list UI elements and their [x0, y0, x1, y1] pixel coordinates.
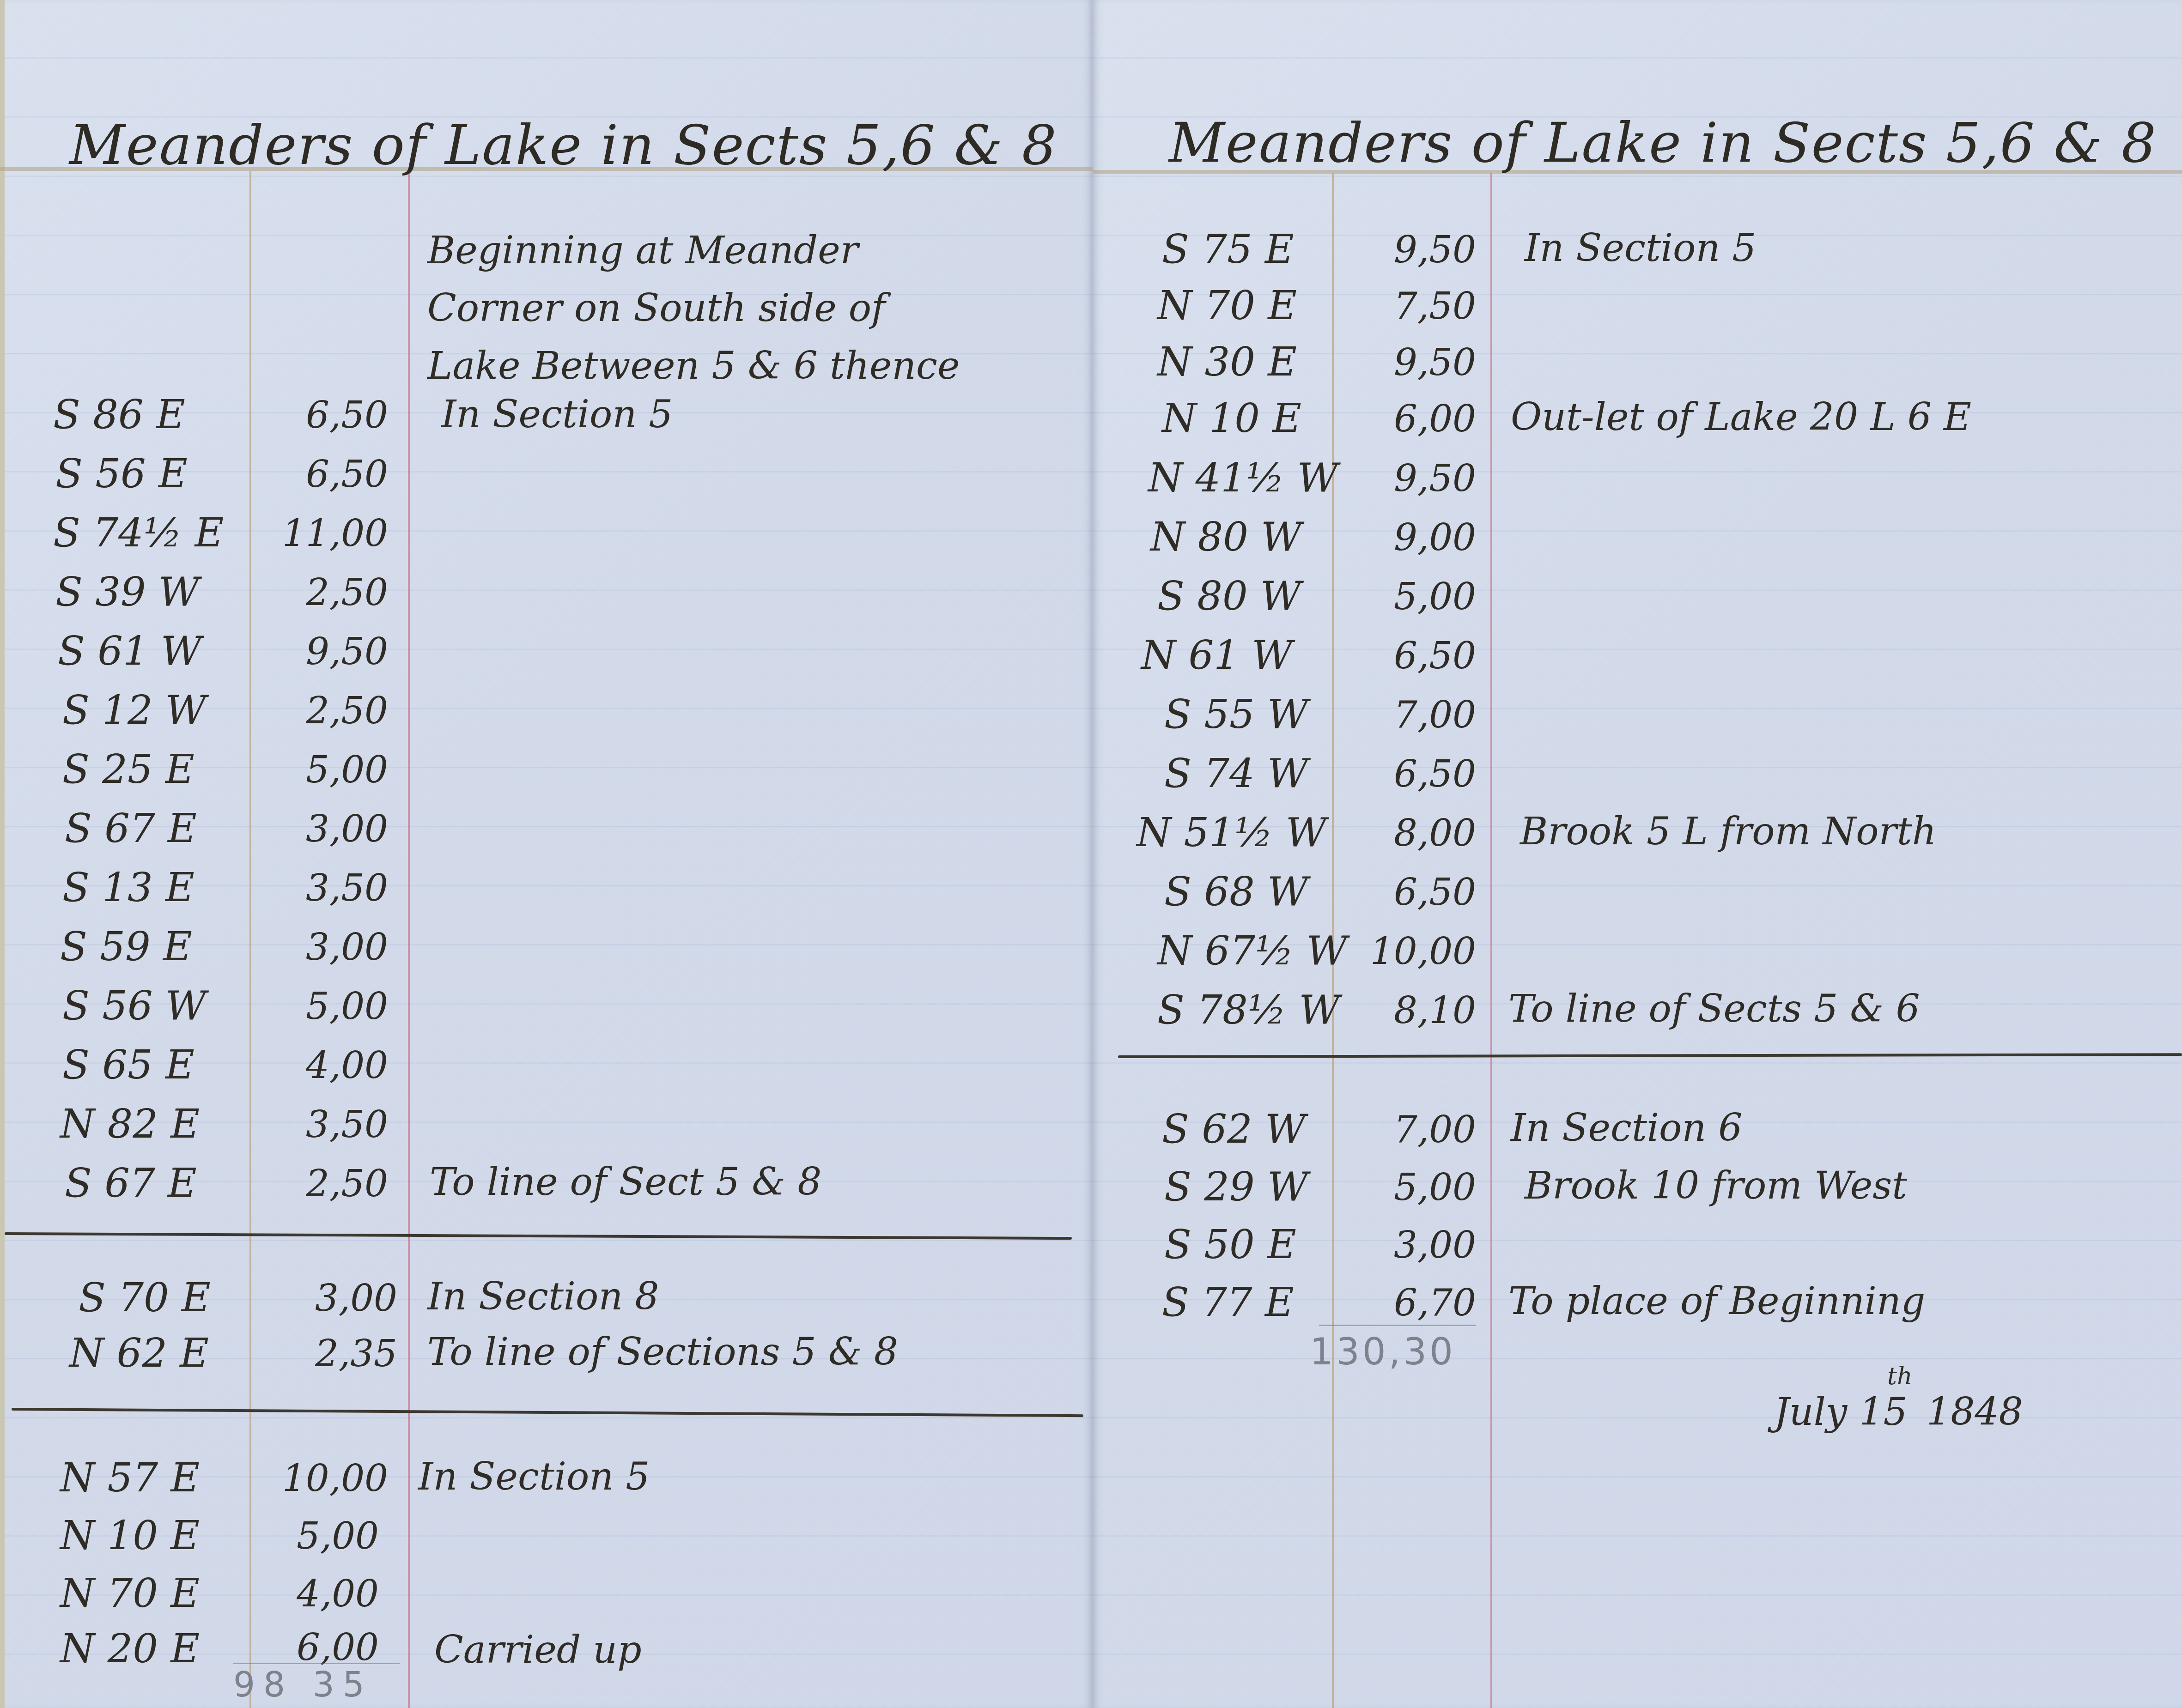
distance: 6,50: [259, 453, 388, 496]
row-note: In Section 5: [418, 1455, 650, 1499]
total-rule: [1319, 1325, 1476, 1326]
bearing: S 77 E: [1162, 1279, 1294, 1326]
distance: 6,50: [1342, 752, 1476, 795]
date-year: 1848: [1927, 1390, 2023, 1434]
distance-column-rule: [1490, 173, 1492, 1708]
distance: 5,00: [259, 985, 388, 1028]
row-note: In Section 6: [1511, 1106, 1743, 1150]
pencil-total: 130,30: [1310, 1330, 1456, 1373]
bearing: N 30 E: [1157, 339, 1297, 385]
row-note: In Section 5: [1525, 226, 1757, 270]
distance: 2,35: [259, 1332, 397, 1375]
bearing: S 62 W: [1162, 1106, 1306, 1152]
row-note: To line of Sects 5 & 6: [1508, 987, 1920, 1031]
bearing: S 67 E: [65, 1160, 197, 1206]
distance: 2,50: [259, 571, 388, 614]
distance: 3,50: [259, 1103, 388, 1146]
date-ordinal-suffix: th: [1887, 1363, 1912, 1390]
distance: 3,00: [1342, 1223, 1476, 1266]
page-title: Meanders of Lake in Sects 5,6 & 8: [1169, 111, 2157, 175]
distance: 9,50: [259, 630, 388, 673]
row-note: To line of Sect 5 & 8: [430, 1160, 822, 1204]
pencil-total: 98 35: [233, 1665, 373, 1705]
distance: 3,00: [259, 1277, 397, 1320]
page-title: Meanders of Lake in Sects 5,6 & 8: [69, 113, 1058, 177]
distance-column-rule: [408, 171, 410, 1708]
bearing: S 39 W: [55, 569, 199, 615]
section-divider: [1118, 1053, 2182, 1058]
bearing: S 55 W: [1164, 691, 1308, 738]
distance: 5,00: [259, 748, 388, 791]
bearing: N 82 E: [60, 1101, 200, 1147]
bearing: N 70 E: [1157, 283, 1297, 329]
distance: 3,00: [259, 807, 388, 850]
bearing: N 10 E: [1162, 395, 1301, 442]
bearing: S 86 E: [53, 392, 185, 438]
bearing: S 65 E: [62, 1042, 194, 1088]
bearing: N 80 W: [1150, 514, 1302, 560]
distance: 5,00: [249, 1514, 379, 1557]
distance: 6,50: [1342, 871, 1476, 914]
row-note: In Section 5: [441, 393, 673, 436]
distance: 2,50: [259, 1162, 388, 1205]
distance: 5,00: [1342, 575, 1476, 618]
distance: 7,00: [1342, 1108, 1476, 1151]
bearing: N 70 E: [60, 1570, 200, 1617]
date-month-day: July 15: [1774, 1390, 1908, 1434]
row-note: Carried up: [434, 1628, 642, 1672]
bearing: S 56 W: [62, 983, 206, 1029]
bearing: S 59 E: [60, 924, 192, 970]
bearing: S 67 E: [65, 806, 197, 852]
row-note: To line of Sections 5 & 8: [427, 1330, 898, 1374]
distance: 8,00: [1342, 812, 1476, 854]
section-divider: [12, 1408, 1083, 1417]
page-edge: [0, 0, 5, 1708]
bearing: N 41½ W: [1148, 455, 1338, 501]
distance: 10,00: [1333, 930, 1476, 973]
distance: 9,50: [1342, 457, 1476, 500]
bearing: N 61 W: [1141, 632, 1293, 678]
distance: 9,50: [1342, 228, 1476, 271]
bearing: S 12 W: [62, 687, 206, 733]
bearing: S 78½ W: [1157, 987, 1340, 1033]
bearing: N 20 E: [60, 1626, 200, 1672]
bearing: N 10 E: [60, 1513, 200, 1559]
bearing: N 57 E: [60, 1455, 200, 1501]
bearing: S 50 E: [1164, 1222, 1296, 1268]
distance: 4,00: [259, 1044, 388, 1087]
distance: 7,00: [1342, 693, 1476, 736]
intro-note-line: Lake Between 5 & 6 thence: [427, 344, 960, 388]
total-rule: [233, 1663, 400, 1664]
distance: 8,10: [1342, 989, 1476, 1032]
distance: 9,00: [1342, 516, 1476, 559]
bearing: S 70 E: [79, 1275, 211, 1321]
distance: 9,50: [1342, 341, 1476, 384]
bearing: N 62 E: [69, 1330, 209, 1376]
distance: 3,00: [259, 926, 388, 969]
distance: 6,50: [259, 394, 388, 436]
intro-note-line: Corner on South side of: [427, 286, 885, 330]
distance: 6,70: [1342, 1281, 1476, 1324]
bearing: S 29 W: [1164, 1164, 1308, 1210]
bearing: N 67½ W: [1157, 928, 1347, 974]
distance: 10,00: [249, 1457, 388, 1500]
bearing: S 25 E: [62, 746, 194, 793]
distance: 2,50: [259, 689, 388, 732]
distance: 6,00: [1342, 397, 1476, 440]
bearing: S 75 E: [1162, 226, 1294, 273]
right-page: Meanders of Lake in Sects 5,6 & 8 S 75 E…: [1093, 0, 2182, 1708]
bearing: S 56 E: [55, 451, 188, 497]
distance: 4,00: [249, 1572, 379, 1615]
distance: 3,50: [259, 866, 388, 909]
row-note: To place of Beginning: [1508, 1279, 1925, 1323]
row-note: Brook 10 from West: [1525, 1164, 1907, 1208]
distance: 5,00: [1342, 1166, 1476, 1209]
bearing: S 74½ E: [53, 510, 224, 556]
row-note: In Section 8: [427, 1275, 659, 1319]
section-divider: [5, 1232, 1072, 1240]
bearing: S 61 W: [58, 628, 201, 674]
row-note: Brook 5 L from North: [1520, 810, 1937, 854]
bearing: N 51½ W: [1137, 810, 1326, 856]
distance: 7,50: [1342, 285, 1476, 327]
intro-note-line: Beginning at Meander: [427, 229, 858, 273]
bearing: S 74 W: [1164, 751, 1308, 797]
bearing: S 80 W: [1157, 573, 1301, 619]
bearing: S 13 E: [62, 865, 194, 911]
bearing: S 68 W: [1164, 869, 1308, 915]
distance: 11,00: [259, 512, 388, 555]
left-page: Meanders of Lake in Sects 5,6 & 8 Beginn…: [0, 0, 1093, 1708]
distance: 6,50: [1342, 634, 1476, 677]
row-note: Out-let of Lake 20 L 6 E: [1511, 395, 1971, 439]
